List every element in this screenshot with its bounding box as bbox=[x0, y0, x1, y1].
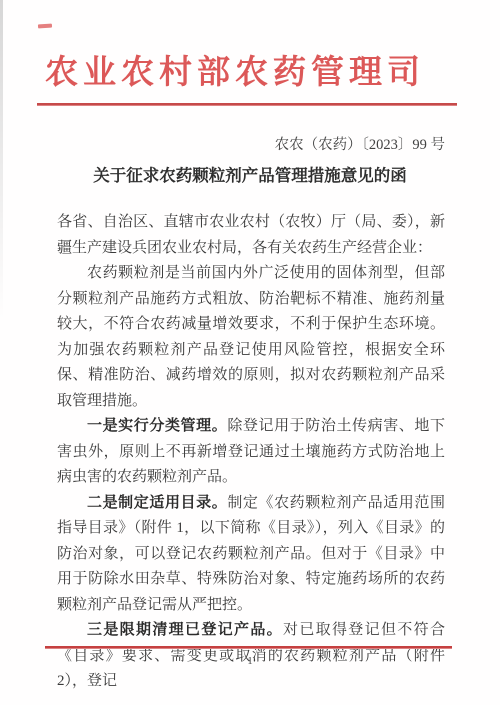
agency-title: 农业农村部农药管理司 bbox=[0, 0, 485, 94]
paragraph-1-text: 农药颗粒剂是当前国内外广泛使用的固体剂型，但部分颗粒剂产品施药方式粗放、防治靶标… bbox=[57, 265, 445, 409]
page-number: 1 bbox=[0, 655, 500, 667]
paragraph-4-lead: 三是限期清理已登记产品。 bbox=[87, 622, 283, 638]
document-page: 农业农村部农药管理司 农农（农药）〔2023〕99 号 关于征求农药颗粒剂产品管… bbox=[0, 0, 500, 705]
doc-number: 农农（农药）〔2023〕99 号 bbox=[0, 136, 445, 155]
document-title: 关于征求农药颗粒剂产品管理措施意见的函 bbox=[0, 164, 500, 187]
document-body: 各省、自治区、直辖市农业农村（农牧）厅（局、委），新疆生产建设兵团农业农村局，各… bbox=[57, 210, 445, 695]
salutation: 各省、自治区、直辖市农业农村（农牧）厅（局、委），新疆生产建设兵团农业农村局，各… bbox=[57, 210, 445, 261]
paragraph-3: 二是制定适用目录。制定《农药颗粒剂产品适用范围指导目录》（附件 1，以下简称《目… bbox=[57, 491, 445, 619]
paragraph-3-lead: 二是制定适用目录。 bbox=[87, 495, 227, 511]
paragraph-2-lead: 一是实行分类管理。 bbox=[87, 418, 227, 434]
paragraph-2: 一是实行分类管理。除登记用于防治土传病害、地下害虫外，原则上不再新增登记通过土壤… bbox=[57, 414, 445, 491]
paragraph-1: 农药颗粒剂是当前国内外广泛使用的固体剂型，但部分颗粒剂产品施药方式粗放、防治靶标… bbox=[57, 261, 445, 414]
footer-divider bbox=[45, 646, 452, 649]
paragraph-3-text: 制定《农药颗粒剂产品适用范围指导目录》（附件 1，以下简称《目录》），列入《目录… bbox=[57, 495, 445, 613]
header-divider bbox=[37, 103, 457, 106]
